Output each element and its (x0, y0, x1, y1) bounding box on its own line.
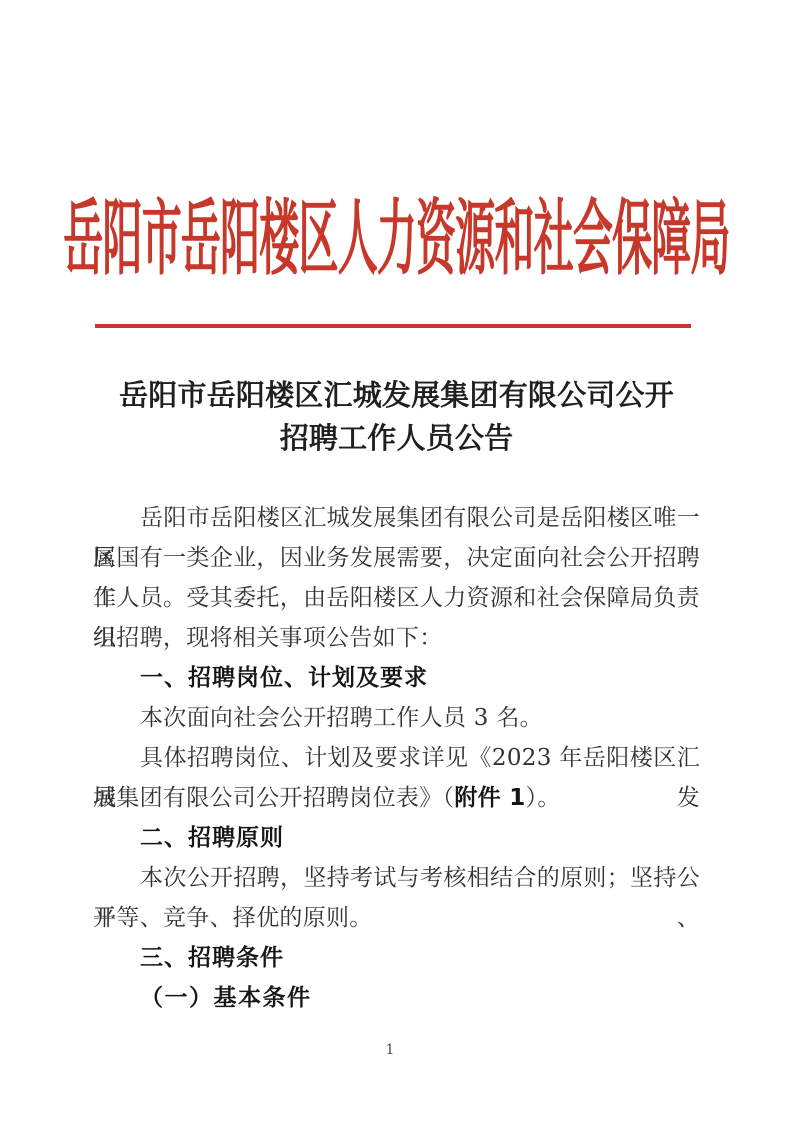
agency-letterhead-title: 岳阳市岳阳楼区人力资源和社会保障局 (0, 199, 793, 281)
section-heading-3: 三、招聘条件 (93, 938, 700, 978)
body-line: 属国有一类企业，因业务发展需要，决定面向社会公开招聘工 (93, 538, 700, 578)
body-line: 具体招聘岗位、计划及要求详见《2023 年岳阳楼区汇城发 (93, 738, 700, 778)
body-line: 本次面向社会公开招聘工作人员 3 名。 (93, 698, 700, 738)
body-line-text: ）。 (526, 785, 561, 811)
body-line: 作人员。受其委托，由岳阳楼区人力资源和社会保障局负责组 (93, 578, 700, 618)
document-page: 岳阳市岳阳楼区人力资源和社会保障局 岳阳市岳阳楼区汇城发展集团有限公司公开 招聘… (0, 0, 793, 1121)
document-title: 岳阳市岳阳楼区汇城发展集团有限公司公开 招聘工作人员公告 (0, 374, 793, 460)
document-title-line2: 招聘工作人员公告 (0, 417, 793, 460)
body-line: 岳阳市岳阳楼区汇城发展集团有限公司是岳阳楼区唯一区 (93, 498, 700, 538)
subsection-heading-basic-conditions: （一）基本条件 (93, 978, 700, 1018)
body-line-text: 展集团有限公司公开招聘岗位表》（ (93, 785, 454, 811)
attachment-reference: 附件 1 (454, 785, 525, 811)
section-heading-2: 二、招聘原则 (93, 818, 700, 858)
document-body: 岳阳市岳阳楼区汇城发展集团有限公司是岳阳楼区唯一区 属国有一类企业，因业务发展需… (93, 498, 700, 1018)
section-heading-1: 一、招聘岗位、计划及要求 (93, 658, 700, 698)
page-number: 1 (0, 1042, 780, 1058)
body-line: 本次公开招聘，坚持考试与考核相结合的原则；坚持公开、 (93, 858, 700, 898)
body-line: 织招聘，现将相关事项公告如下： (93, 618, 700, 658)
document-title-line1: 岳阳市岳阳楼区汇城发展集团有限公司公开 (0, 374, 793, 417)
letterhead-divider-line (95, 324, 691, 328)
